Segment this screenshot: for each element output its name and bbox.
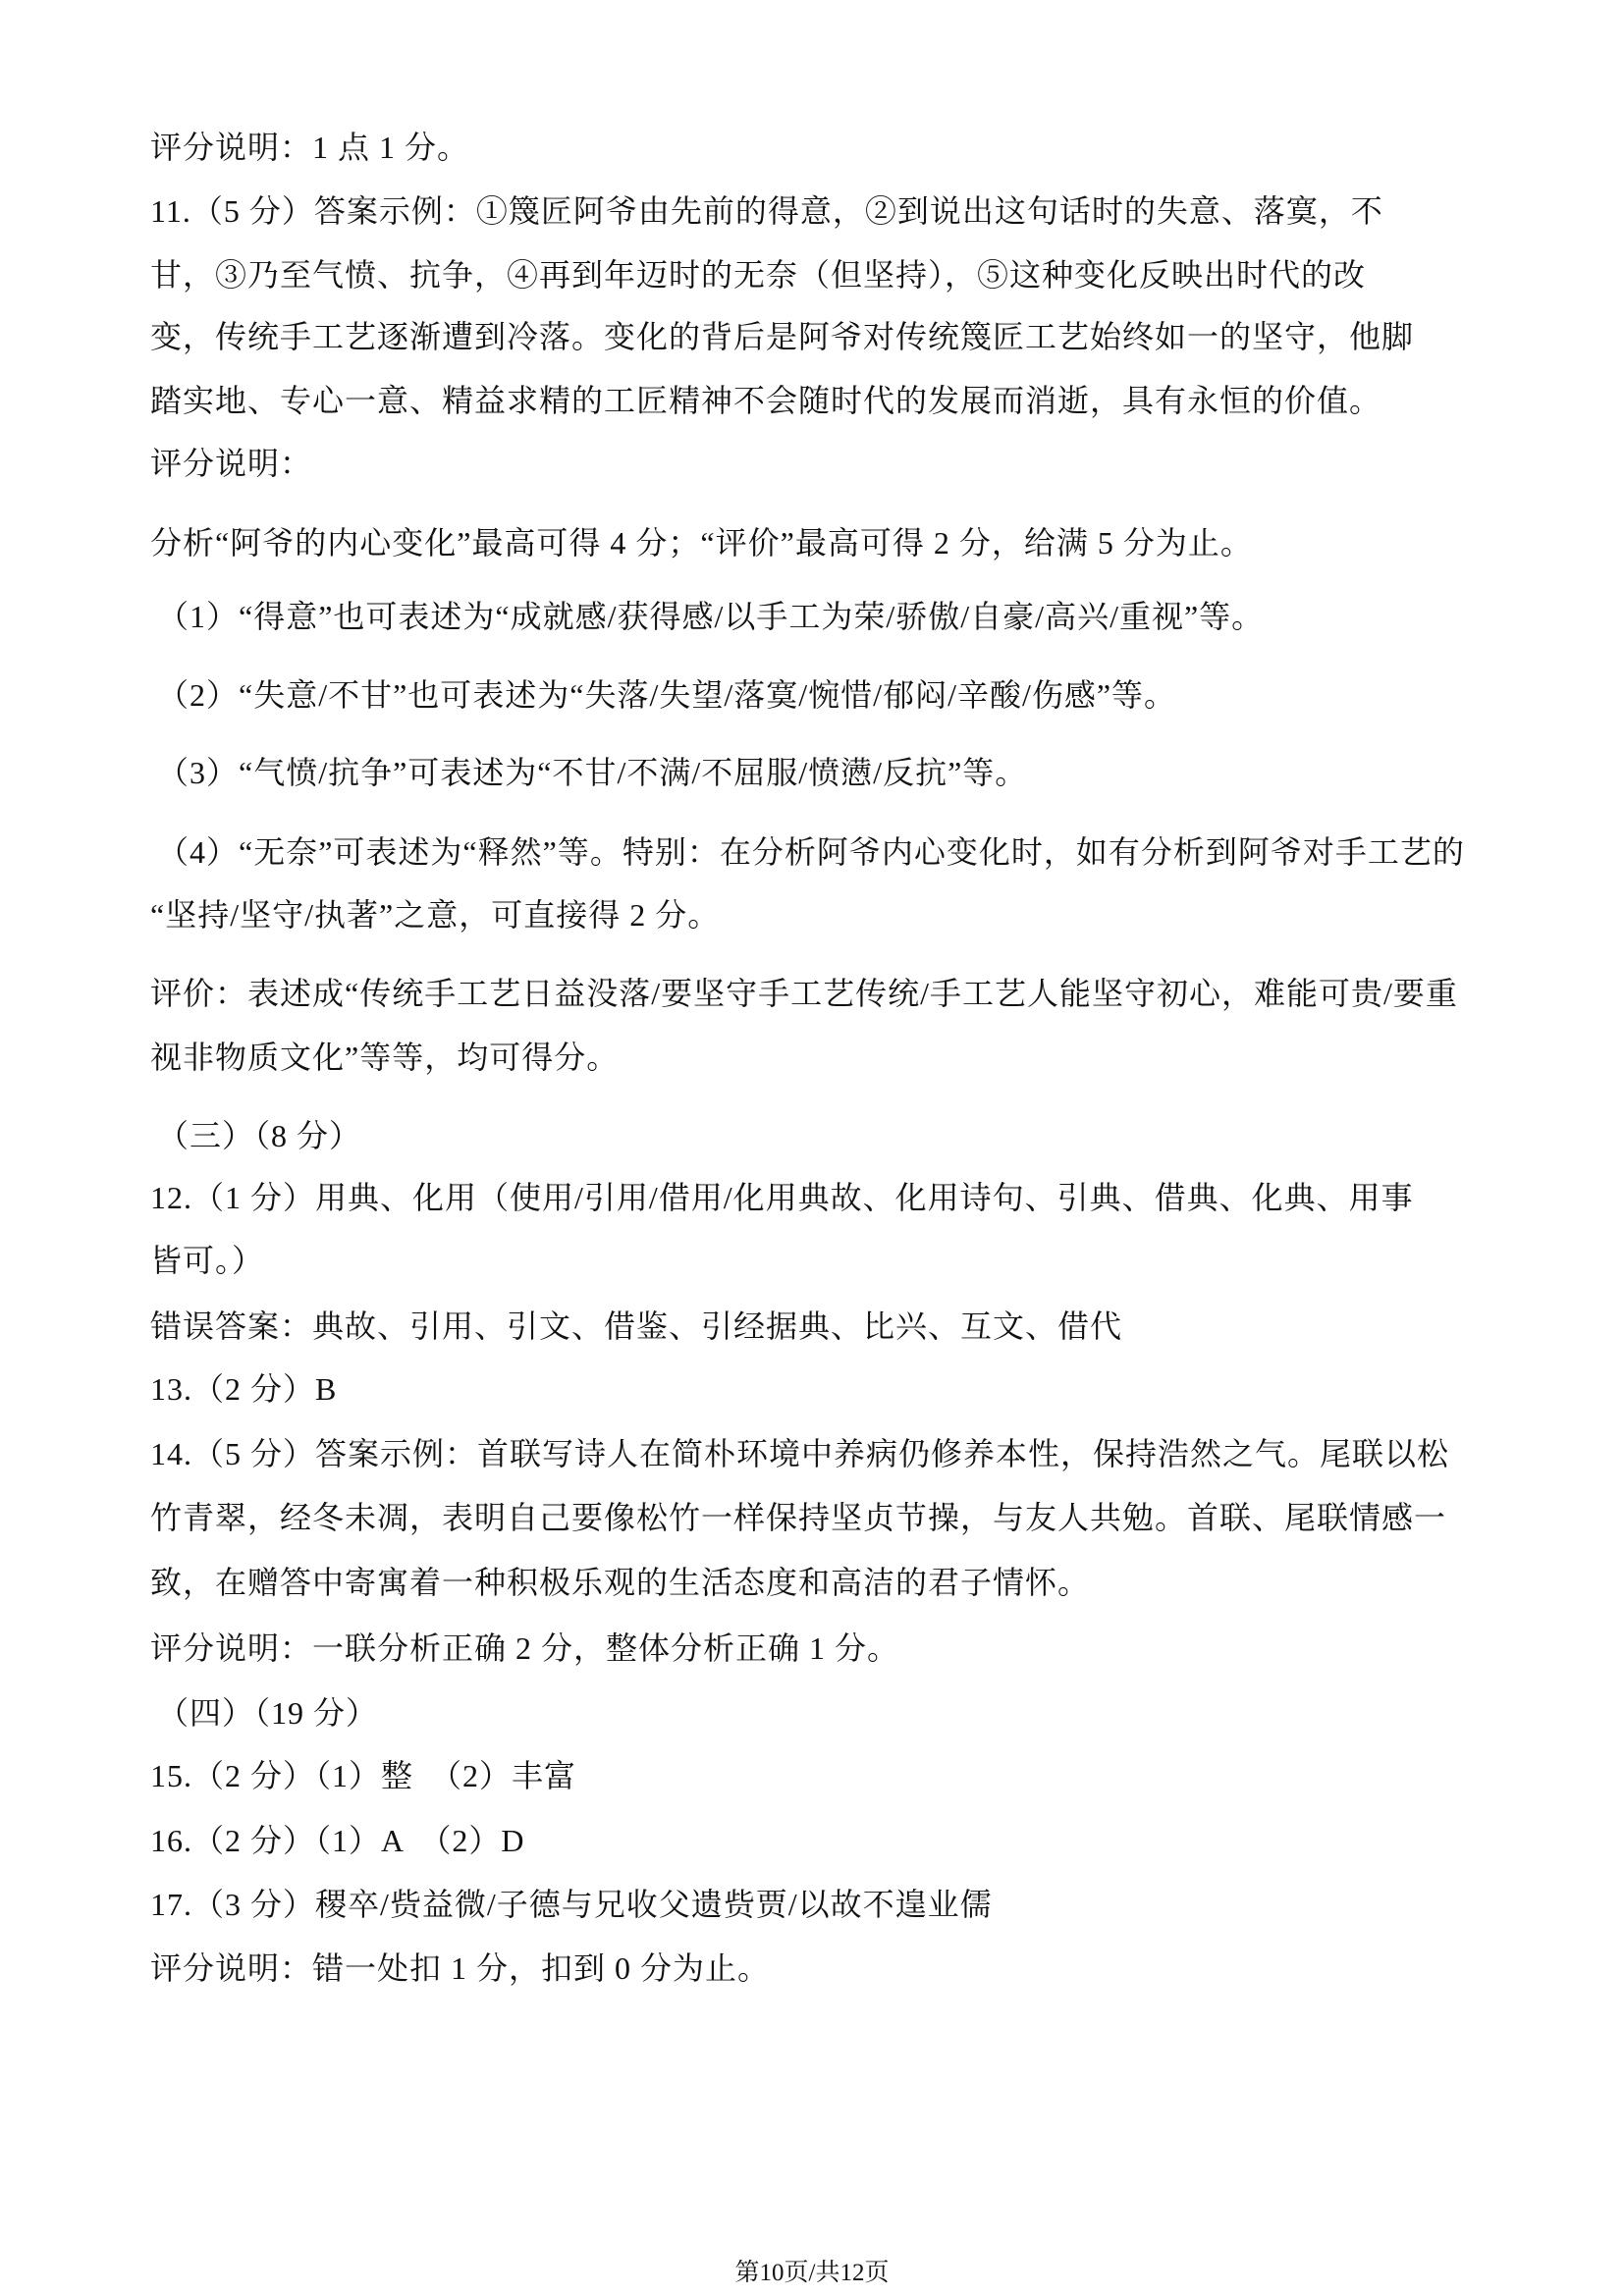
text-line: 踏实地、专心一意、精益求精的工匠精神不会随时代的发展而消逝，具有永恒的价值。 — [150, 381, 1381, 420]
text-line: 评价：表述成“传统手工艺日益没落/要坚守手工艺传统/手工艺人能坚守初心，难能可贵… — [150, 974, 1458, 1013]
text-line: 13.（2 分）B — [150, 1369, 337, 1409]
text-line: 14.（5 分）答案示例：首联写诗人在简朴环境中养病仍修养本性，保持浩然之气。尾… — [150, 1434, 1449, 1473]
text-line: 视非物质文化”等等，均可得分。 — [150, 1038, 619, 1077]
text-line: 分析“阿爷的内心变化”最高可得 4 分；“评价”最高可得 2 分，给满 5 分为… — [150, 523, 1253, 562]
text-line: 错误答案：典故、引用、引文、借鉴、引经据典、比兴、互文、借代 — [150, 1307, 1122, 1346]
text-line: 16.（2 分）（1）A （2）D — [150, 1821, 524, 1860]
text-line: 甘，③乃至气愤、抗争，④再到年迈时的无奈（但坚持），⑤这种变化反映出时代的改 — [150, 255, 1366, 294]
text-line: “坚持/坚守/执著”之意，可直接得 2 分。 — [150, 895, 720, 934]
text-line: 评分说明：错一处扣 1 分，扣到 0 分为止。 — [150, 1949, 770, 1988]
page-footer: 第10页/共12页 — [0, 2258, 1624, 2289]
text-line: 15.（2 分）（1）整 （2）丰富 — [150, 1756, 576, 1795]
text-line: 竹青翠，经冬未凋，表明自己要像松竹一样保持坚贞节操，与友人共勉。首联、尾联情感一 — [150, 1498, 1446, 1537]
text-line: 11.（5 分）答案示例：①篾匠阿爷由先前的得意，②到说出这句话时的失意、落寞，… — [150, 191, 1383, 231]
text-line: 致，在赠答中寄寓着一种积极乐观的生活态度和高洁的君子情怀。 — [150, 1563, 1090, 1602]
text-line: 皆可。） — [150, 1241, 264, 1280]
text-line: 评分说明：1 点 1 分。 — [150, 128, 469, 167]
text-line: 12.（1 分）用典、化用（使用/引用/借用/化用典故、化用诗句、引典、借典、化… — [150, 1178, 1414, 1217]
text-line: （3）“气愤/抗争”可表述为“不甘/不满/不屈服/愤懑/反抗”等。 — [157, 753, 1027, 792]
text-line: 17.（3 分）稷卒/赀益微/子德与兄收父遗赀贾/以故不遑业儒 — [150, 1885, 993, 1924]
text-line: （三）（8 分） — [157, 1116, 361, 1155]
text-line: 评分说明： — [150, 444, 312, 483]
text-line: （四）（19 分） — [157, 1693, 378, 1733]
text-line: （1）“得意”也可表述为“成就感/获得感/以手工为荣/骄傲/自豪/高兴/重视”等… — [157, 597, 1264, 636]
document-page: 评分说明：1 点 1 分。11.（5 分）答案示例：①篾匠阿爷由先前的得意，②到… — [0, 0, 1624, 2296]
text-line: （2）“失意/不甘”也可表述为“失落/失望/落寞/惋惜/郁闷/辛酸/伤感”等。 — [157, 675, 1176, 715]
text-line: 评分说明：一联分析正确 2 分，整体分析正确 1 分。 — [150, 1629, 899, 1668]
text-line: 变，传统手工艺逐渐遭到冷落。变化的背后是阿爷对传统篾匠工艺始终如一的坚守，他脚 — [150, 317, 1414, 356]
text-line: （4）“无奈”可表述为“释然”等。特别：在分析阿爷内心变化时，如有分析到阿爷对手… — [157, 832, 1465, 872]
